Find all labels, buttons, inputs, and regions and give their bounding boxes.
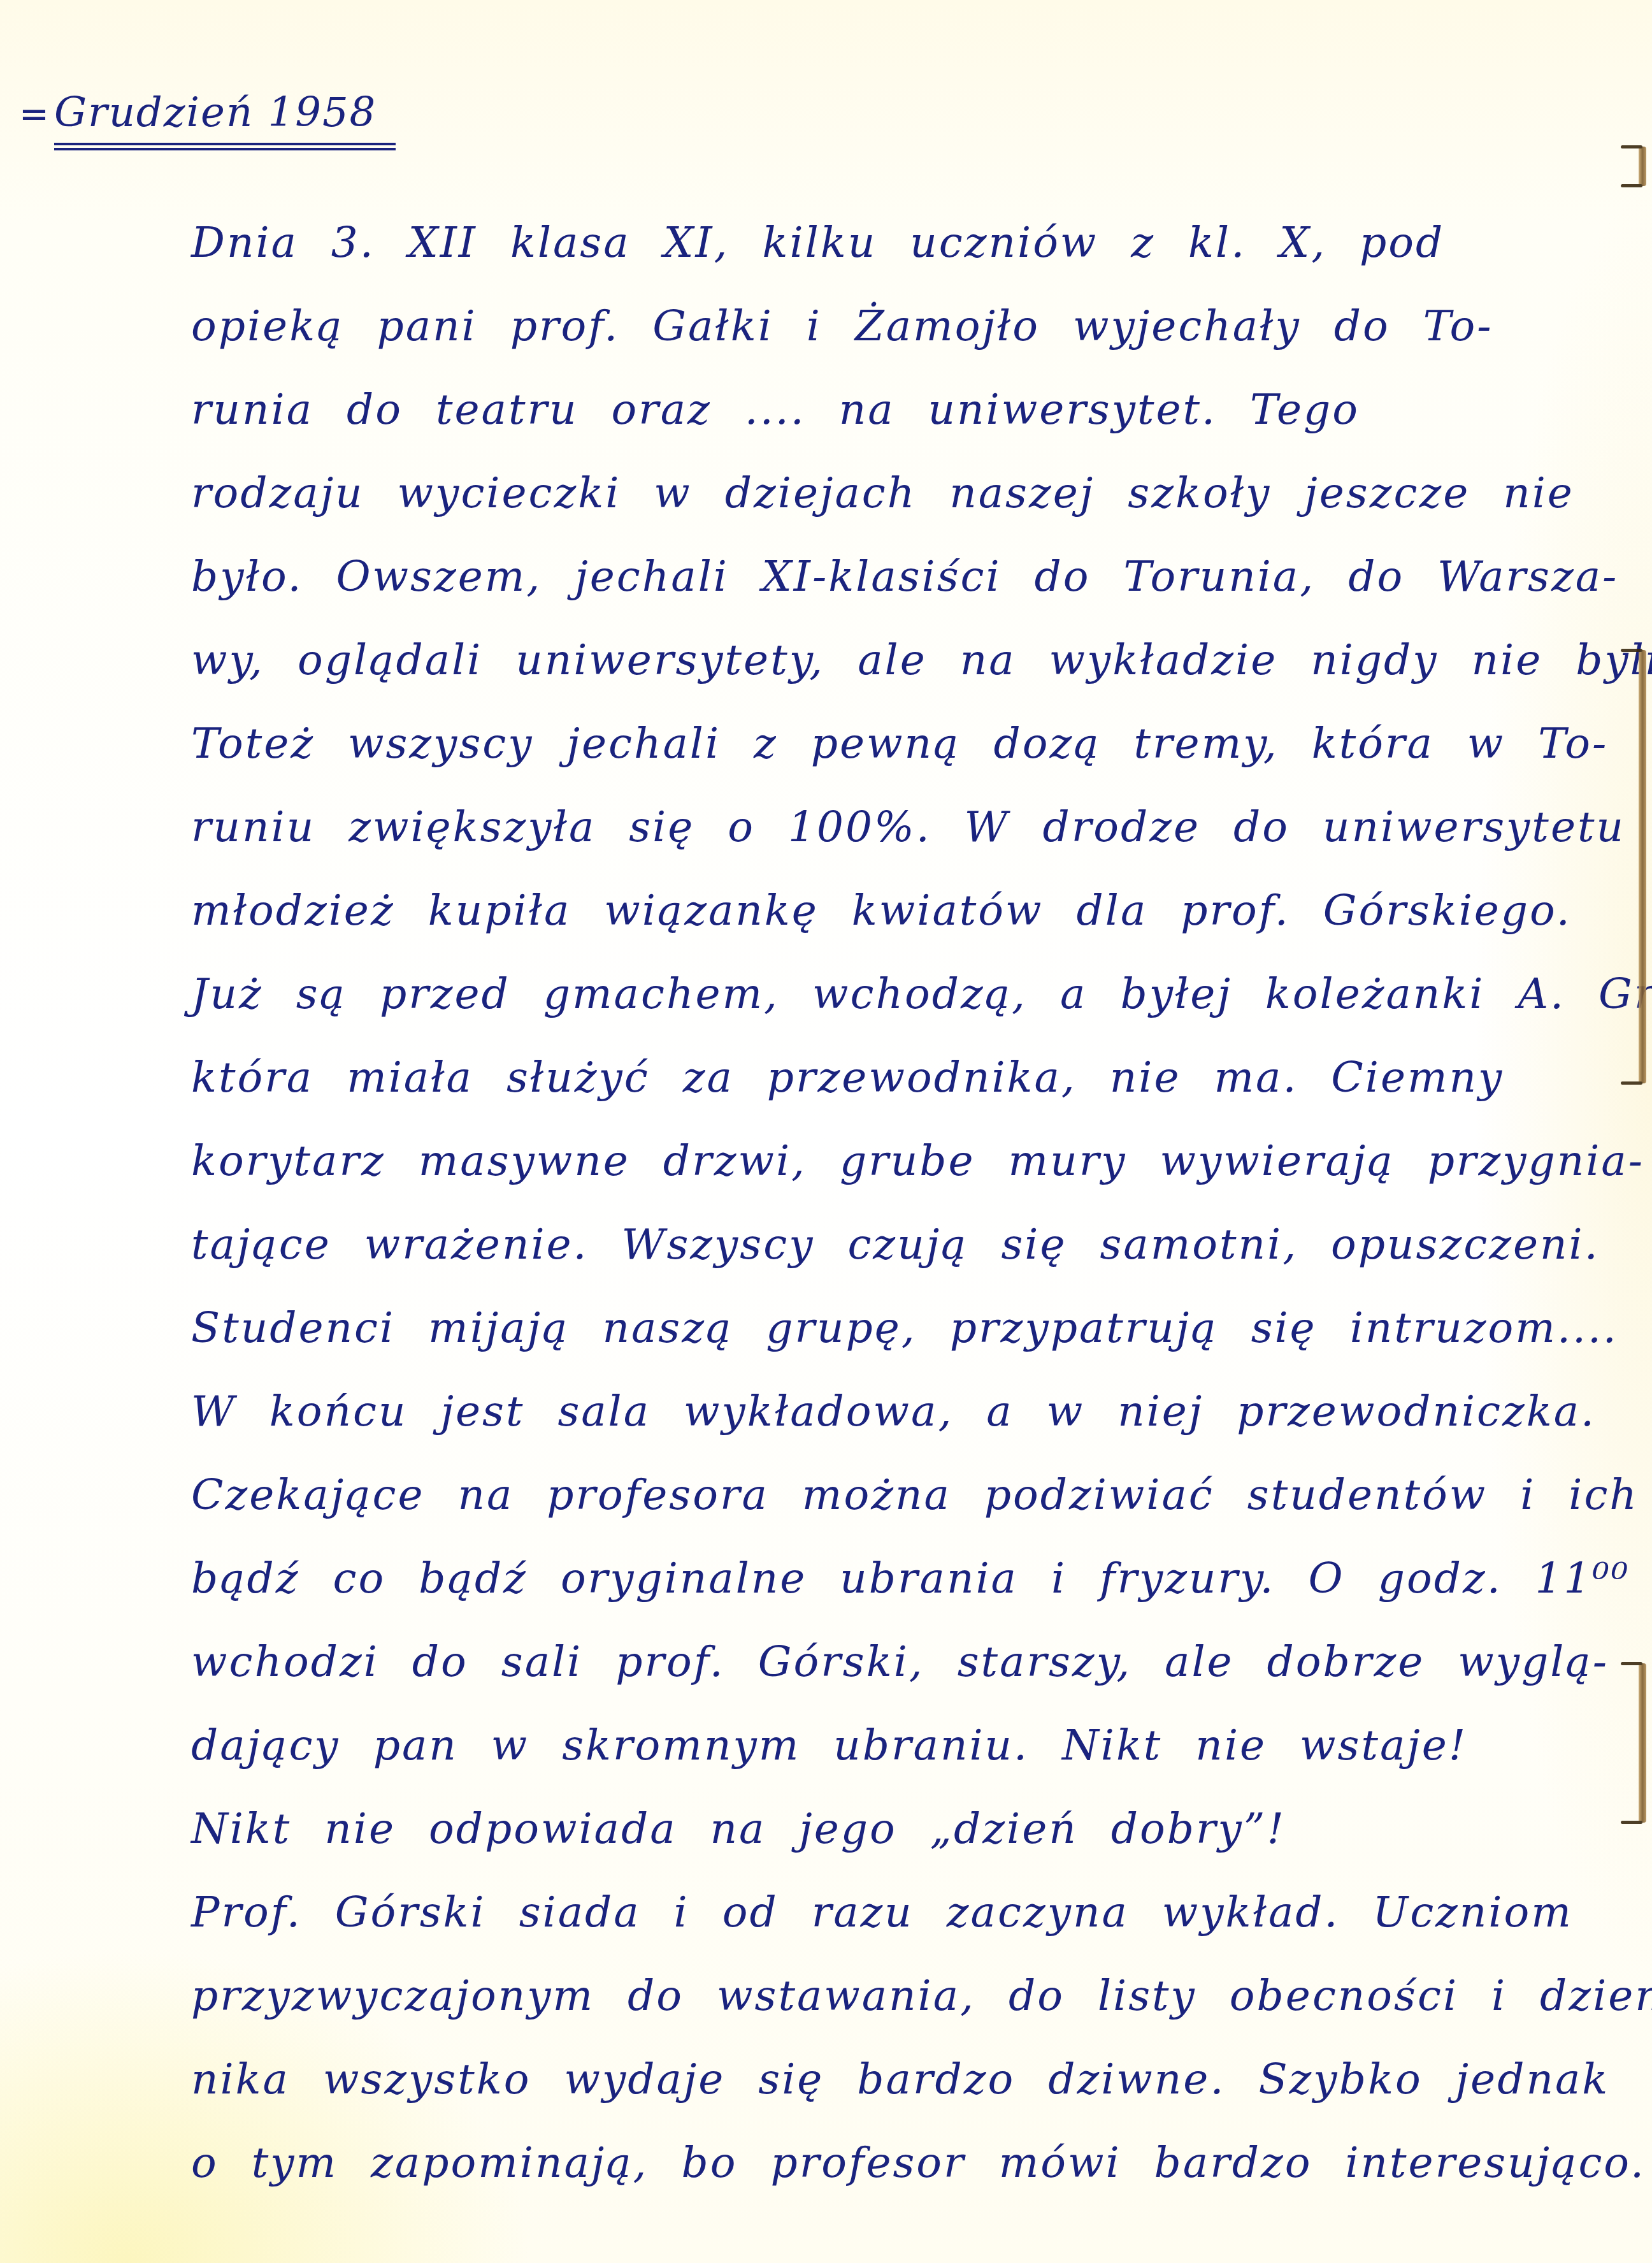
text-line: nika wszystko wydaje się bardzo dziwne. … xyxy=(191,2037,1542,2121)
text-line: tające wrażenie. Wszyscy czują się samot… xyxy=(191,1203,1542,1286)
text-line: dający pan w skromnym ubraniu. Nikt nie … xyxy=(191,1703,1542,1787)
text-line: korytarz masywne drzwi, grube mury wywie… xyxy=(191,1119,1542,1203)
text-line: Czekające na profesora można podziwiać s… xyxy=(191,1453,1542,1536)
date-heading: = Grudzień 1958 xyxy=(19,89,396,150)
text-line: o tym zapominają, bo profesor mówi bardz… xyxy=(191,2121,1542,2204)
text-line: rodzaju wycieczki w dziejach naszej szko… xyxy=(191,451,1542,535)
binding-string-bottom xyxy=(1639,1663,1646,1823)
text-line: bądź co bądź oryginalne ubrania i fryzur… xyxy=(191,1536,1542,1620)
text-line: opieką pani prof. Gałki i Żamojło wyjech… xyxy=(191,284,1542,368)
text-line: W końcu jest sala wykładowa, a w niej pr… xyxy=(191,1370,1542,1453)
text-line: Prof. Górski siada i od razu zaczyna wyk… xyxy=(191,1870,1542,1954)
heading-title: Grudzień 1958 xyxy=(54,89,396,150)
text-line: Dnia 3. XII klasa XI, kilku uczniów z kl… xyxy=(191,201,1542,284)
binding-string-middle xyxy=(1639,650,1646,1083)
notebook-page: = Grudzień 1958 Dnia 3. XII klasa XI, ki… xyxy=(0,0,1652,2263)
text-line: wchodzi do sali prof. Górski, starszy, a… xyxy=(191,1620,1542,1703)
heading-prefix-mark: = xyxy=(19,94,50,135)
text-line: runiu zwiększyła się o 100%. W drodze do… xyxy=(191,785,1542,869)
text-line: Nikt nie odpowiada na jego „dzień dobry”… xyxy=(191,1787,1542,1870)
binding-string-top xyxy=(1639,147,1646,186)
text-line: która miała służyć za przewodnika, nie m… xyxy=(191,1036,1542,1119)
text-line: Już są przed gmachem, wchodzą, a byłej k… xyxy=(191,952,1542,1036)
text-line: Toteż wszyscy jechali z pewną dozą tremy… xyxy=(191,702,1542,785)
text-line: przyzwyczajonym do wstawania, do listy o… xyxy=(191,1954,1542,2037)
text-line: młodzież kupiła wiązankę kwiatów dla pro… xyxy=(191,869,1542,952)
text-line: wy, oglądali uniwersytety, ale na wykład… xyxy=(191,618,1542,702)
text-line: Studenci mijają naszą grupę, przypatrują… xyxy=(191,1286,1542,1370)
handwritten-text: Dnia 3. XII klasa XI, kilku uczniów z kl… xyxy=(191,201,1542,2204)
text-line: runia do teatru oraz .... na uniwersytet… xyxy=(191,368,1542,451)
text-line: było. Owszem, jechali XI-klasiści do Tor… xyxy=(191,535,1542,618)
